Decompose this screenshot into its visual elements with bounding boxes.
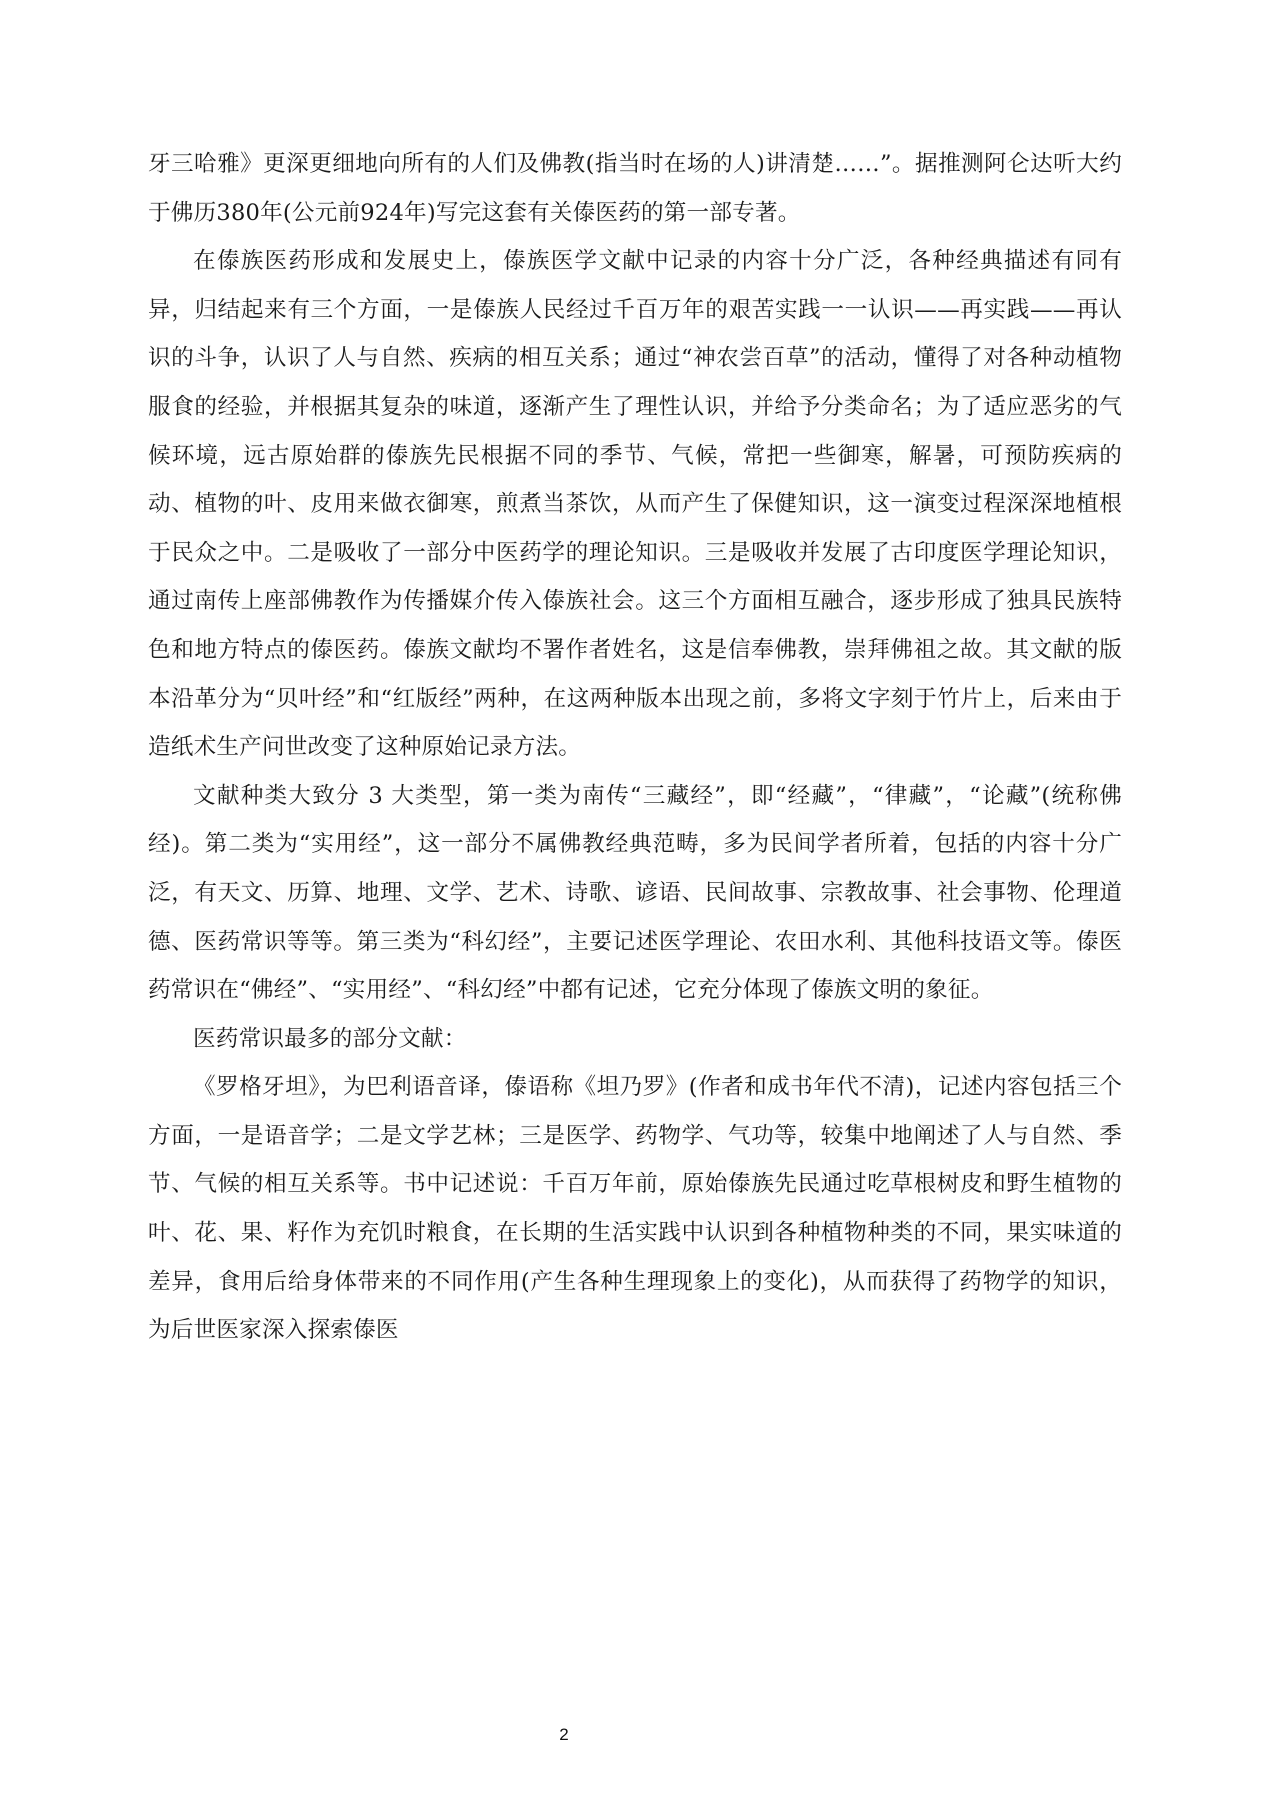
paragraph-dai-medicine-history: 在傣族医药形成和发展史上，傣族医学文献中记录的内容十分广泛，各种经典描述有同有异… — [148, 237, 1122, 772]
paragraph-literature-types: 文献种类大致分 3 大类型，第一类为南传“三藏经”，即“经藏”，“律藏”，“论藏… — [148, 772, 1122, 1015]
page-number: 2 — [0, 1725, 1128, 1745]
paragraph-luogeyatan: 《罗格牙坦》，为巴利语音译，傣语称《坦乃罗》(作者和成书年代不清)，记述内容包括… — [148, 1063, 1122, 1355]
document-page: 牙三哈雅》更深更细地向所有的人们及佛教(指当时在场的人)讲清楚……”。据推测阿仑… — [148, 140, 1122, 1355]
paragraph-heading-medical-literature: 医药常识最多的部分文献： — [148, 1015, 1122, 1064]
paragraph-continuation: 牙三哈雅》更深更细地向所有的人们及佛教(指当时在场的人)讲清楚……”。据推测阿仑… — [148, 140, 1122, 237]
